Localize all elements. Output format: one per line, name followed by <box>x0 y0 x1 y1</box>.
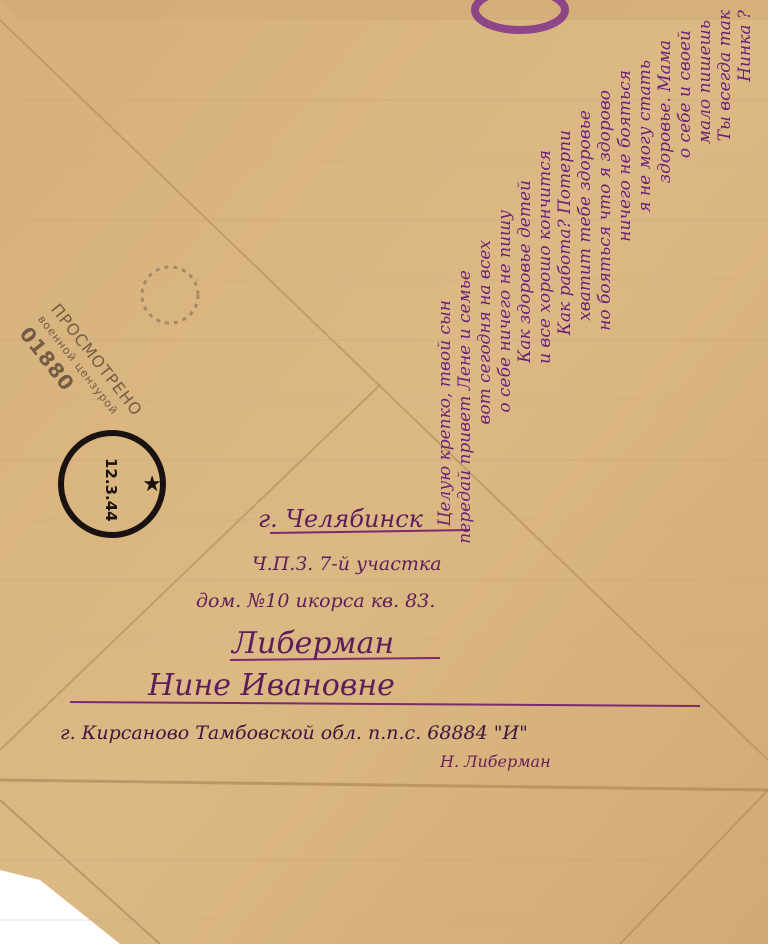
sender-address: г. Кирсаново Тамбовской обл. п.п.с. 6888… <box>60 722 528 744</box>
letter-line: Целую крепко, твой сын <box>435 300 455 526</box>
postmark-stamp: 12.3.44 ★ <box>58 430 166 538</box>
letter-line: передай привет Лене и семье <box>455 270 475 544</box>
letter-line: ничего не бояться <box>615 70 635 242</box>
postmark-date: 12.3.44 <box>102 458 120 522</box>
letter-photo: Нинка ? Ты всегда так мало пишешь о себе… <box>0 0 768 944</box>
letter-line: о себе ничего не пишу <box>495 210 515 413</box>
letter-line: Ты всегда так <box>715 10 735 141</box>
letter-line: мало пишешь <box>695 20 715 144</box>
letter-line: здоровье. Мама <box>655 40 675 183</box>
star-icon: ★ <box>142 472 162 497</box>
letter-body: Нинка ? Ты всегда так мало пишешь о себе… <box>455 0 768 700</box>
recipient-surname: Либерман <box>232 626 394 661</box>
letter-line: но бояться что я здорово <box>595 90 615 331</box>
recipient-address-line3: дом. №10 икорса кв. 83. <box>196 590 435 612</box>
letter-line: я не могу стать <box>635 60 655 213</box>
letter-line: вот сегодня на всех <box>475 240 495 425</box>
recipient-address-line2: Ч.П.З. 7-й участка <box>252 553 442 575</box>
letter-line: Нинка ? <box>735 10 755 82</box>
letter-line: и все хорошо кончится <box>535 150 555 364</box>
recipient-city: г. Челябинск <box>258 505 423 533</box>
letter-line: Как работа? Потерпи <box>555 130 575 335</box>
letter-line: Как здоровье детей <box>515 180 535 363</box>
letter-line: хватит тебе здоровье <box>575 110 595 321</box>
recipient-name: Нине Ивановне <box>148 668 395 703</box>
letter-line: о себе и своей <box>675 30 695 158</box>
sender-signature: Н. Либерман <box>440 752 551 771</box>
